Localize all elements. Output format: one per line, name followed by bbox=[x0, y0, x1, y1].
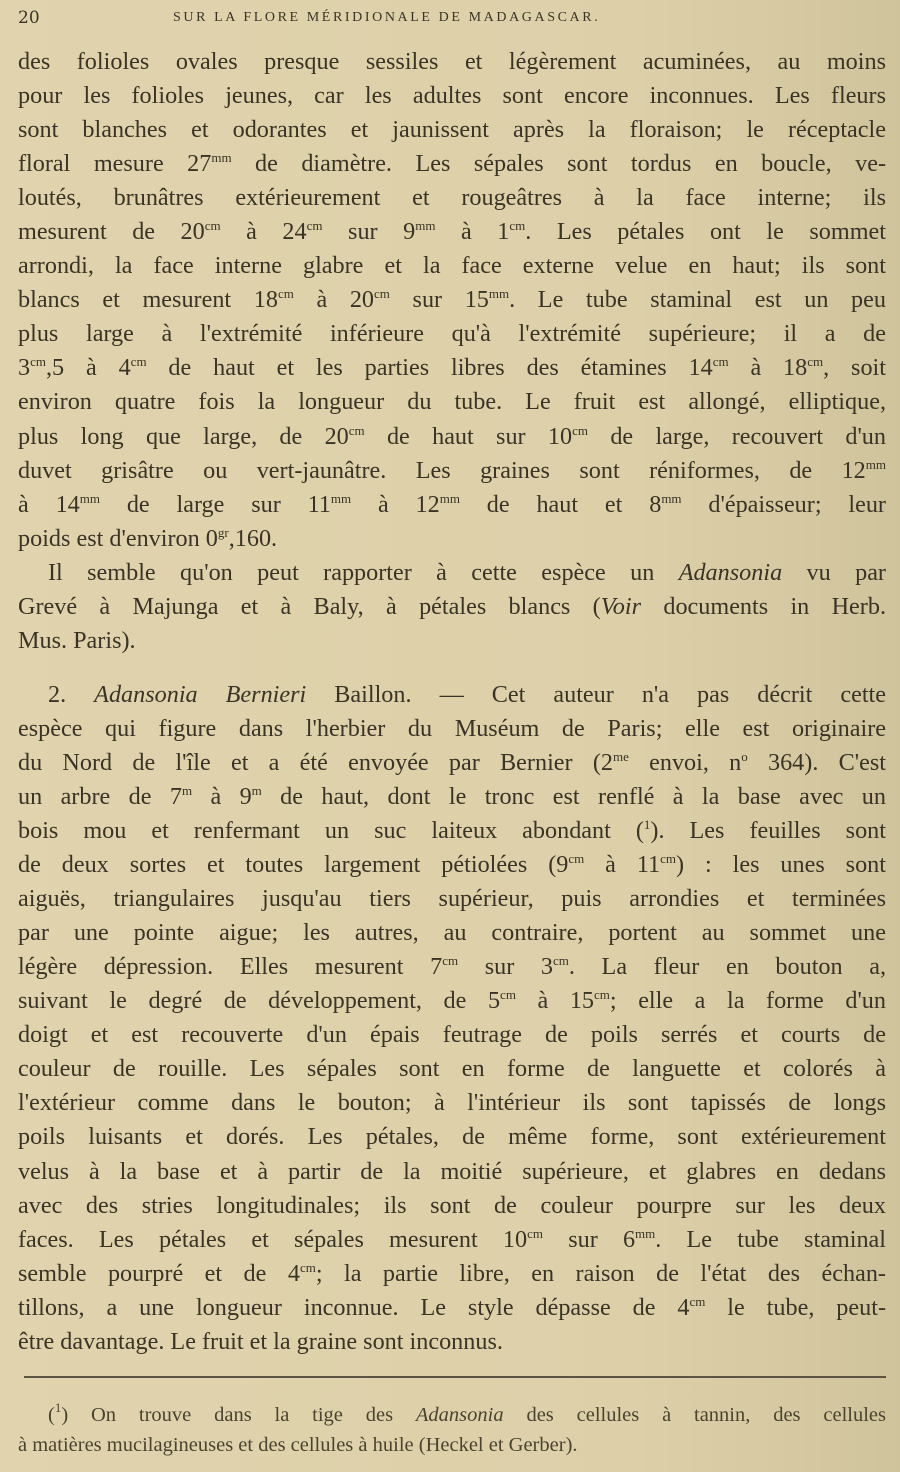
taxon-name: Adansonia bbox=[679, 559, 782, 586]
text-line: arrondi, la face interne glabre et la fa… bbox=[18, 249, 886, 283]
text-line: velus à la base et à partir de la moitié… bbox=[18, 1155, 886, 1189]
page-header: 20 Sur la flore méridionale de Madagasca… bbox=[18, 6, 886, 30]
text-line: poils luisants et dorés. Les pétales, de… bbox=[18, 1120, 886, 1154]
text-line: sont blanches et odorantes et jaunissent… bbox=[18, 113, 886, 147]
footnote-line: (1) On trouve dans la tige des Adansonia… bbox=[18, 1400, 886, 1430]
text-line: légère dépression. Elles mesurent 7cm su… bbox=[18, 950, 886, 984]
text-line: aiguës, triangulaires jusqu'au tiers sup… bbox=[18, 882, 886, 916]
taxon-name: Adansonia Bernieri bbox=[94, 681, 306, 708]
text-line: faces. Les pétales et sépales mesurent 1… bbox=[18, 1223, 886, 1257]
taxon-name: Adansonia bbox=[416, 1404, 504, 1426]
text-line: avec des stries longitudinales; ils sont… bbox=[18, 1189, 886, 1223]
text-line: duvet grisâtre ou vert-jaunâtre. Les gra… bbox=[18, 454, 886, 488]
text-line: blancs et mesurent 18cm à 20cm sur 15mm.… bbox=[18, 283, 886, 317]
text-line: un arbre de 7m à 9m de haut, dont le tro… bbox=[18, 780, 886, 814]
text-line: être davantage. Le fruit et la graine so… bbox=[18, 1325, 886, 1359]
text-line: plus long que large, de 20cm de haut sur… bbox=[18, 420, 886, 454]
text-line: mesurent de 20cm à 24cm sur 9mm à 1cm. L… bbox=[18, 215, 886, 249]
text-line: plus large à l'extrémité inférieure qu'à… bbox=[18, 317, 886, 351]
text-line: bois mou et renfermant un suc laiteux ab… bbox=[18, 814, 886, 848]
text-line: tillons, a une longueur inconnue. Le sty… bbox=[18, 1291, 886, 1325]
text-line: Grevé à Majunga et à Baly, à pétales bla… bbox=[18, 590, 886, 624]
text-line: floral mesure 27mm de diamètre. Les sépa… bbox=[18, 147, 886, 181]
text-line: environ quatre fois la longueur du tube.… bbox=[18, 385, 886, 419]
text-line: des folioles ovales presque sessiles et … bbox=[18, 45, 886, 79]
text-line: par une pointe aigue; les autres, au con… bbox=[18, 916, 886, 950]
main-text: des folioles ovales presque sessiles et … bbox=[18, 45, 886, 1359]
footnote-line: à matières mucilagineuses et des cellule… bbox=[18, 1430, 886, 1460]
text-line: Il semble qu'on peut rapporter à cette e… bbox=[18, 556, 886, 590]
text-line: à 14mm de large sur 11mm à 12mm de haut … bbox=[18, 488, 886, 522]
page-number: 20 bbox=[18, 8, 40, 28]
text-line: couleur de rouille. Les sépales sont en … bbox=[18, 1052, 886, 1086]
text-line: espèce qui figure dans l'herbier du Musé… bbox=[18, 712, 886, 746]
text-line: suivant le degré de développement, de 5c… bbox=[18, 984, 886, 1018]
text-line: poids est d'environ 0gr,160. bbox=[18, 522, 886, 556]
text-line: doigt et est recouverte d'un épais feutr… bbox=[18, 1018, 886, 1052]
text-line: de deux sortes et toutes largement pétio… bbox=[18, 848, 886, 882]
text-line: Mus. Paris). bbox=[18, 624, 886, 658]
footnote-divider bbox=[24, 1376, 886, 1378]
species-heading-line: 2. Adansonia Bernieri Baillon. — Cet aut… bbox=[18, 678, 886, 712]
text-line: du Nord de l'île et a été envoyée par Be… bbox=[18, 746, 886, 780]
text-line: 3cm,5 à 4cm de haut et les parties libre… bbox=[18, 351, 886, 385]
text-line: semble pourpré et de 4cm; la partie libr… bbox=[18, 1257, 886, 1291]
text-line: l'extérieur comme dans le bouton; à l'in… bbox=[18, 1086, 886, 1120]
footnote-marker: 1 bbox=[55, 1400, 62, 1415]
text-line: loutés, brunâtres extérieurement et roug… bbox=[18, 181, 886, 215]
footnote: (1) On trouve dans la tige des Adansonia… bbox=[18, 1400, 886, 1460]
running-title: Sur la flore méridionale de Madagascar. bbox=[173, 10, 600, 26]
text-line: pour les folioles jeunes, car les adulte… bbox=[18, 79, 886, 113]
